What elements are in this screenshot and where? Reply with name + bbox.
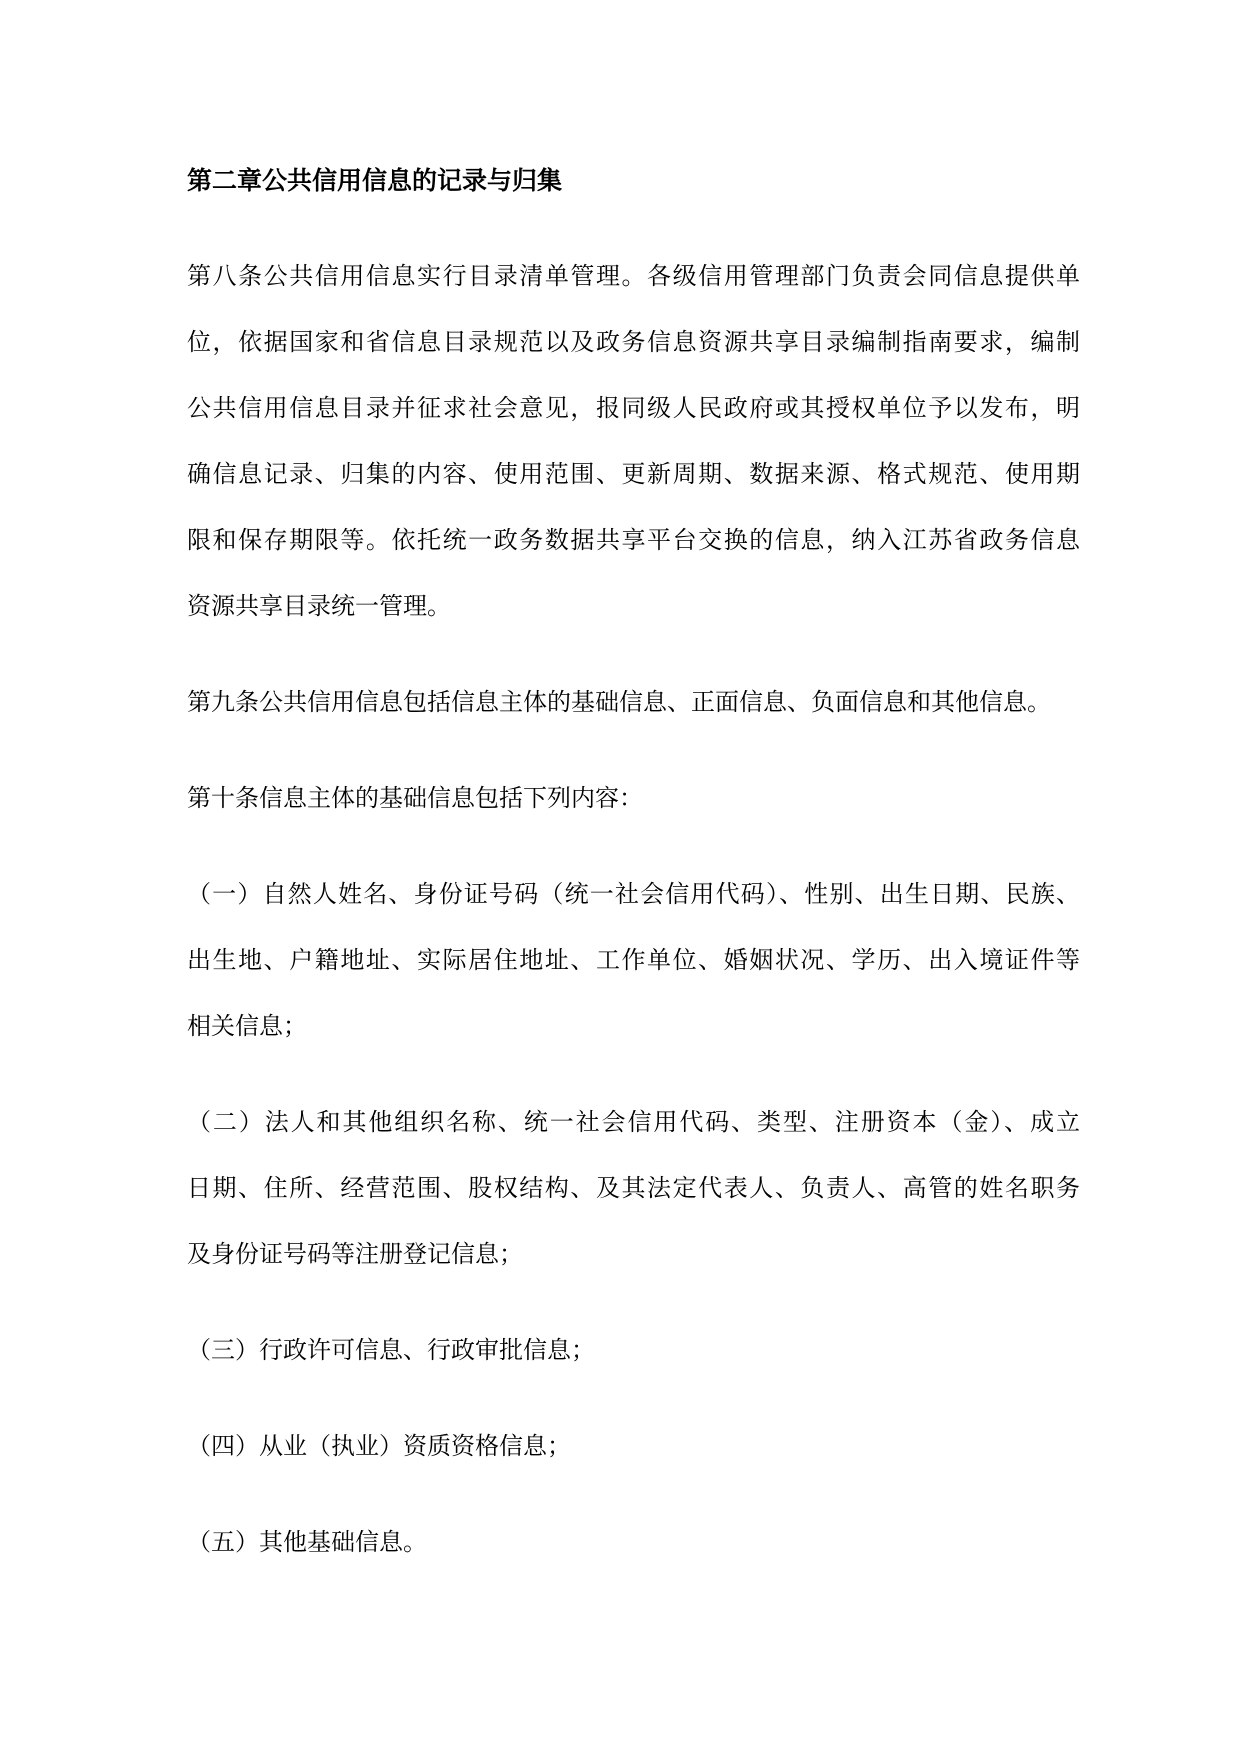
text-line: 日期、住所、经营范围、股权结构、及其法定代表人、负责人、高管的姓名职务: [187, 1156, 1080, 1222]
text-line: （四）从业（执业）资质资格信息；: [187, 1414, 1080, 1480]
paragraph-item-4: （四）从业（执业）资质资格信息；: [187, 1414, 1080, 1480]
text-line: （三）行政许可信息、行政审批信息；: [187, 1318, 1080, 1384]
text-line: 第十条信息主体的基础信息包括下列内容：: [187, 766, 1080, 832]
paragraph-item-5: （五）其他基础信息。: [187, 1510, 1080, 1576]
text-line: 相关信息；: [187, 994, 1080, 1060]
text-line: 第九条公共信用信息包括信息主体的基础信息、正面信息、负面信息和其他信息。: [187, 670, 1080, 736]
paragraph-item-1: （一）自然人姓名、身份证号码（统一社会信用代码）、性别、出生日期、民族、 出生地…: [187, 862, 1080, 1060]
chapter-heading: 第二章公共信用信息的记录与归集: [187, 148, 1080, 214]
text-line: 位，依据国家和省信息目录规范以及政务信息资源共享目录编制指南要求，编制: [187, 310, 1080, 376]
text-line: 出生地、户籍地址、实际居住地址、工作单位、婚姻状况、学历、出入境证件等: [187, 928, 1080, 994]
paragraph-article-9: 第九条公共信用信息包括信息主体的基础信息、正面信息、负面信息和其他信息。: [187, 670, 1080, 736]
paragraph-article-10: 第十条信息主体的基础信息包括下列内容：: [187, 766, 1080, 832]
text-line: 第八条公共信用信息实行目录清单管理。各级信用管理部门负责会同信息提供单: [187, 244, 1080, 310]
paragraph-item-2: （二）法人和其他组织名称、统一社会信用代码、类型、注册资本（金）、成立 日期、住…: [187, 1090, 1080, 1288]
text-line: 限和保存期限等。依托统一政务数据共享平台交换的信息，纳入江苏省政务信息: [187, 508, 1080, 574]
text-line: 确信息记录、归集的内容、使用范围、更新周期、数据来源、格式规范、使用期: [187, 442, 1080, 508]
text-line: 及身份证号码等注册登记信息；: [187, 1222, 1080, 1288]
paragraph-article-8: 第八条公共信用信息实行目录清单管理。各级信用管理部门负责会同信息提供单 位，依据…: [187, 244, 1080, 640]
document-page: 第二章公共信用信息的记录与归集 第八条公共信用信息实行目录清单管理。各级信用管理…: [0, 0, 1241, 1754]
paragraph-item-3: （三）行政许可信息、行政审批信息；: [187, 1318, 1080, 1384]
text-line: （二）法人和其他组织名称、统一社会信用代码、类型、注册资本（金）、成立: [187, 1090, 1080, 1156]
text-line: （五）其他基础信息。: [187, 1510, 1080, 1576]
text-line: （一）自然人姓名、身份证号码（统一社会信用代码）、性别、出生日期、民族、: [187, 862, 1080, 928]
text-line: 资源共享目录统一管理。: [187, 574, 1080, 640]
text-line: 公共信用信息目录并征求社会意见，报同级人民政府或其授权单位予以发布，明: [187, 376, 1080, 442]
